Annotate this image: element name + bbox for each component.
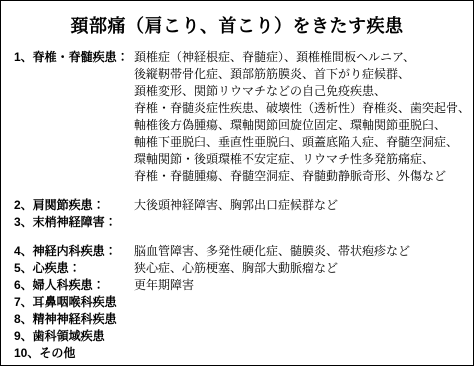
section-label: 5、心疾患： xyxy=(14,260,134,277)
description-line: 軸椎後方偽腫瘍、環軸関節回旋位固定、環軸関節亜脱臼、 xyxy=(134,117,470,134)
section-label: 6、婦人科疾患： xyxy=(14,277,134,294)
section-other: 10、その他 xyxy=(14,345,469,362)
section-label: 10、その他 xyxy=(14,345,134,362)
section-spine-spinal-cord: 1、脊椎・脊髄疾患： 頚椎症（神経根症、脊髄症）、頚椎椎間板ヘルニア、 後縦靭帯… xyxy=(14,49,469,185)
section-description: 更年期障害 xyxy=(134,277,469,294)
description-line: 脳血管障害、多発性硬化症、髄膜炎、帯状疱疹など xyxy=(134,243,469,260)
section-label: 4、神経内科疾患： xyxy=(14,243,134,260)
section-peripheral-nerve: 3、末梢神経障害： xyxy=(14,214,469,231)
slide: 頚部痛（肩こり、首こり）をきたす疾患 1、脊椎・脊髄疾患： 頚椎症（神経根症、脊… xyxy=(0,0,474,366)
section-label: 7、耳鼻咽喉科疾患 xyxy=(14,294,134,311)
page-title: 頚部痛（肩こり、首こり）をきたす疾患 xyxy=(1,14,473,38)
description-line: 環軸関節・後頭環椎不安定症、リウマチ性多発筋痛症、 xyxy=(134,151,470,168)
description-line: 頚椎症（神経根症、脊髄症）、頚椎椎間板ヘルニア、 xyxy=(134,49,470,66)
section-heart-disease: 5、心疾患： 狭心症、心筋梗塞、胸部大動脈瘤など xyxy=(14,260,469,277)
section-otolaryngology: 7、耳鼻咽喉科疾患 xyxy=(14,294,469,311)
section-description: 脳血管障害、多発性硬化症、髄膜炎、帯状疱疹など xyxy=(134,243,469,260)
section-description: 大後頭神経障害、胸郭出口症候群など xyxy=(134,197,469,214)
description-line: 脊椎・脊髄腫瘍、脊髄空洞症、脊髄動静脈奇形、外傷など xyxy=(134,168,470,185)
section-gynecology: 6、婦人科疾患： 更年期障害 xyxy=(14,277,469,294)
section-psychiatry: 8、精神神経科疾患 xyxy=(14,311,469,328)
section-label: 2、肩関節疾患： xyxy=(14,197,134,214)
description-line: 後縦靭帯骨化症、頚部筋筋膜炎、首下がり症候群、 xyxy=(134,66,470,83)
description-line: 脊椎・脊髄炎症性疾患、破壊性（透析性）脊椎炎、歯突起骨、 xyxy=(134,100,470,117)
section-dental: 9、歯科領域疾患 xyxy=(14,328,469,345)
section-label: 3、末梢神経障害： xyxy=(14,214,134,231)
section-label: 1、脊椎・脊髄疾患： xyxy=(14,49,134,66)
description-line: 頚椎変形、関節リウマチなどの自己免疫疾患、 xyxy=(134,83,470,100)
section-description: 頚椎症（神経根症、脊髄症）、頚椎椎間板ヘルニア、 後縦靭帯骨化症、頚部筋筋膜炎、… xyxy=(134,49,470,185)
section-description: 狭心症、心筋梗塞、胸部大動脈瘤など xyxy=(134,260,469,277)
disease-list: 1、脊椎・脊髄疾患： 頚椎症（神経根症、脊髄症）、頚椎椎間板ヘルニア、 後縦靭帯… xyxy=(14,49,469,362)
description-line: 軸椎下亜脱臼、垂直性亜脱臼、頭蓋底陥入症、脊髄空洞症、 xyxy=(134,134,470,151)
section-label: 8、精神神経科疾患 xyxy=(14,311,134,328)
description-line: 狭心症、心筋梗塞、胸部大動脈瘤など xyxy=(134,260,469,277)
section-label: 9、歯科領域疾患 xyxy=(14,328,134,345)
description-line: 大後頭神経障害、胸郭出口症候群など xyxy=(134,197,469,214)
section-shoulder-joint: 2、肩関節疾患： 大後頭神経障害、胸郭出口症候群など xyxy=(14,197,469,214)
section-neurology: 4、神経内科疾患： 脳血管障害、多発性硬化症、髄膜炎、帯状疱疹など xyxy=(14,243,469,260)
description-line: 更年期障害 xyxy=(134,277,469,294)
